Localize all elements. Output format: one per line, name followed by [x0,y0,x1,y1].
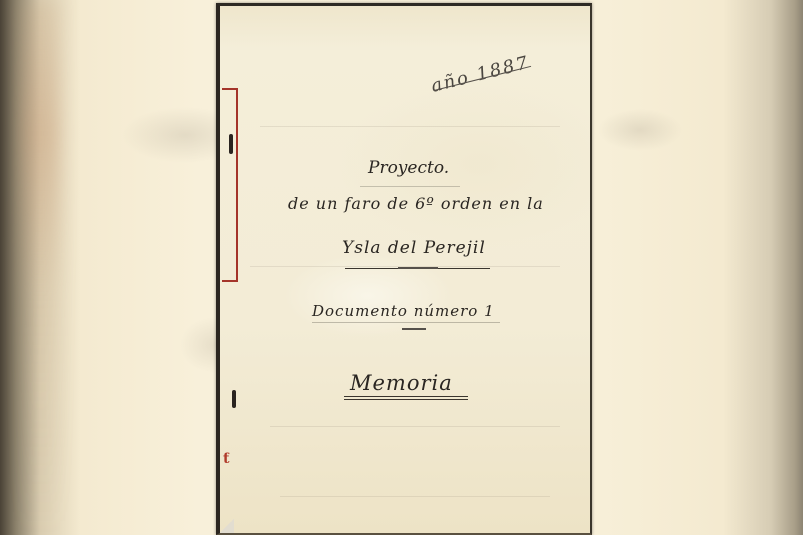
bleed-through-line [280,496,550,497]
subtitle-line-2: Ysla del Perejil [342,238,486,258]
document-title: Proyecto. [368,158,449,178]
binding-bracket [222,88,238,282]
binding-stitch-mark [232,390,236,408]
doc-number-underline [402,328,426,330]
section-heading: Memoria [350,371,453,395]
bleed-through-line [260,126,560,127]
document-number: Documento número 1 [312,302,495,320]
section-underline-double [344,399,468,400]
subtitle-line-1: de un faro de 6º orden en la [288,194,544,213]
manuscript-page: ƭ año 1887 Proyecto. de un faro de 6º or… [216,3,592,535]
section-underline [344,396,468,397]
bleed-through-line [270,426,560,427]
subtitle-underline-accent [398,267,438,269]
red-binding-mark: ƭ [223,453,235,465]
year-annotation: año 1887 [429,52,532,97]
binding-stitch-mark [229,134,233,154]
title-guideline [360,186,460,187]
doc-number-guideline [312,322,500,323]
background-shadow [20,0,60,535]
folded-corner [220,519,234,533]
